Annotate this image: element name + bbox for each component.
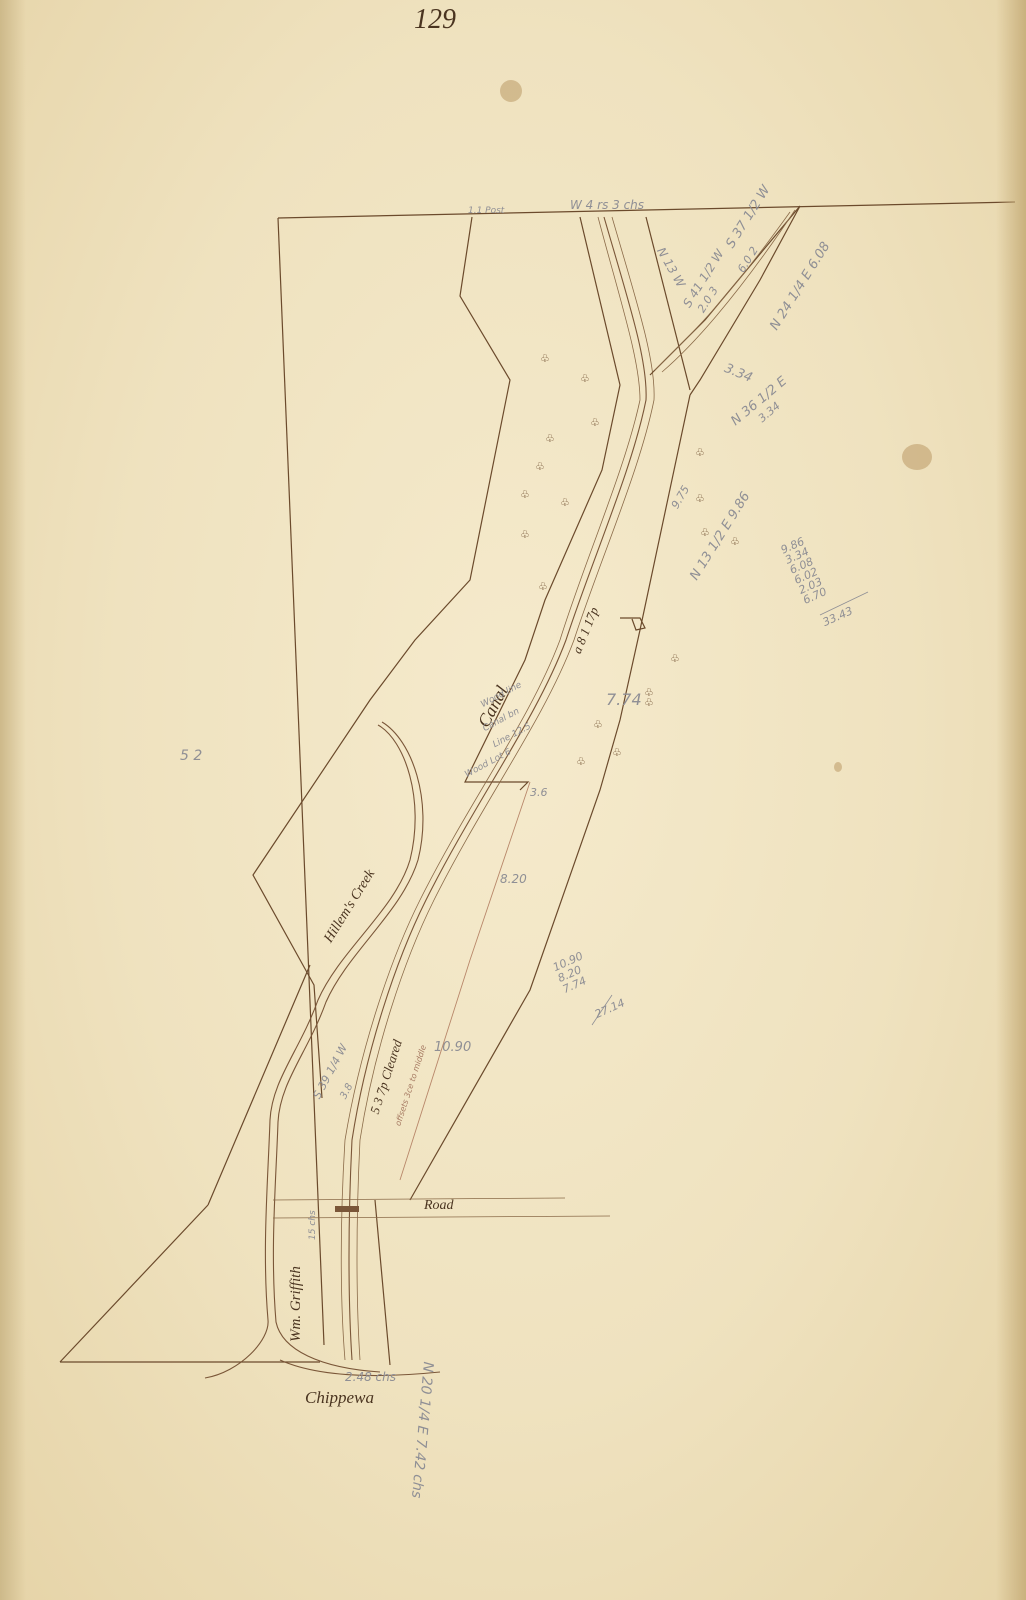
tree-icon: ♧ [545,432,555,445]
west-boundary-line [278,218,324,1345]
pencil-note-strip: 15 chs [308,1210,318,1240]
road-south-edge [273,1216,610,1218]
north-boundary-line [278,202,1015,218]
east-strip-line [375,1200,390,1365]
canal-channel-1 [341,217,640,1360]
survey-map-page: ♧ ♧ ♧ ♧ ♧ ♧ ♧ ♧ ♧ ♧ ♧ ♧ ♧ ♧ ♧ ♧ ♧ ♧ ♧ 12… [0,0,1026,1600]
tree-icon: ♧ [535,460,545,473]
canal-channel-2 [349,217,646,1360]
ne-wedge-west [650,206,800,375]
tree-icon: ♧ [560,496,570,509]
pencil-note-post: 1.1 Post [468,206,504,216]
tree-icon: ♧ [580,372,590,385]
plat-drawing [0,0,1026,1600]
canal-channel-3 [357,217,654,1360]
tree-icon: ♧ [695,492,705,505]
road-label: Road [424,1198,454,1214]
paper-stain [500,80,522,102]
tree-icon: ♧ [593,718,603,731]
pencil-note-margin: 5 2 [180,748,202,764]
tree-icon: ♧ [644,696,654,709]
tree-icon: ♧ [730,535,740,548]
paper-stain [834,762,842,772]
tree-icon: ♧ [520,528,530,541]
tree-icon: ♧ [612,746,622,759]
lot-boundary-zigzag [253,217,510,1098]
tree-icon: ♧ [670,652,680,665]
tree-icon: ♧ [590,416,600,429]
tree-icon: ♧ [576,755,586,768]
tree-icon: ♧ [538,580,548,593]
tree-icon: ♧ [695,446,705,459]
ne-wedge-stream-1 [655,212,790,370]
pencil-dist-36: 3.6 [530,786,548,799]
owner-label: Wm. Griffith [288,1266,305,1342]
canal-east-bank [410,395,690,1200]
pencil-note-top-boundary: W 4 rs 3 chs [570,198,644,212]
pencil-dist-1090: 10.90 [434,1040,471,1055]
pencil-dist-774: 7.74 [606,690,642,709]
west-jog-line [208,965,310,1205]
paper-stain [902,444,932,470]
tree-icon: ♧ [520,488,530,501]
road-north-edge [273,1198,565,1200]
sw-diagonal-line [60,1205,208,1362]
page-number: 129 [414,4,456,36]
pencil-note-river: 2.48 chs [345,1370,396,1384]
hillems-creek [205,725,415,1378]
bridge-icon [335,1206,359,1212]
pencil-dist-820: 8.20 [500,872,527,886]
tree-icon: ♧ [540,352,550,365]
river-label: Chippewa [305,1388,374,1408]
tree-icon: ♧ [700,526,710,539]
